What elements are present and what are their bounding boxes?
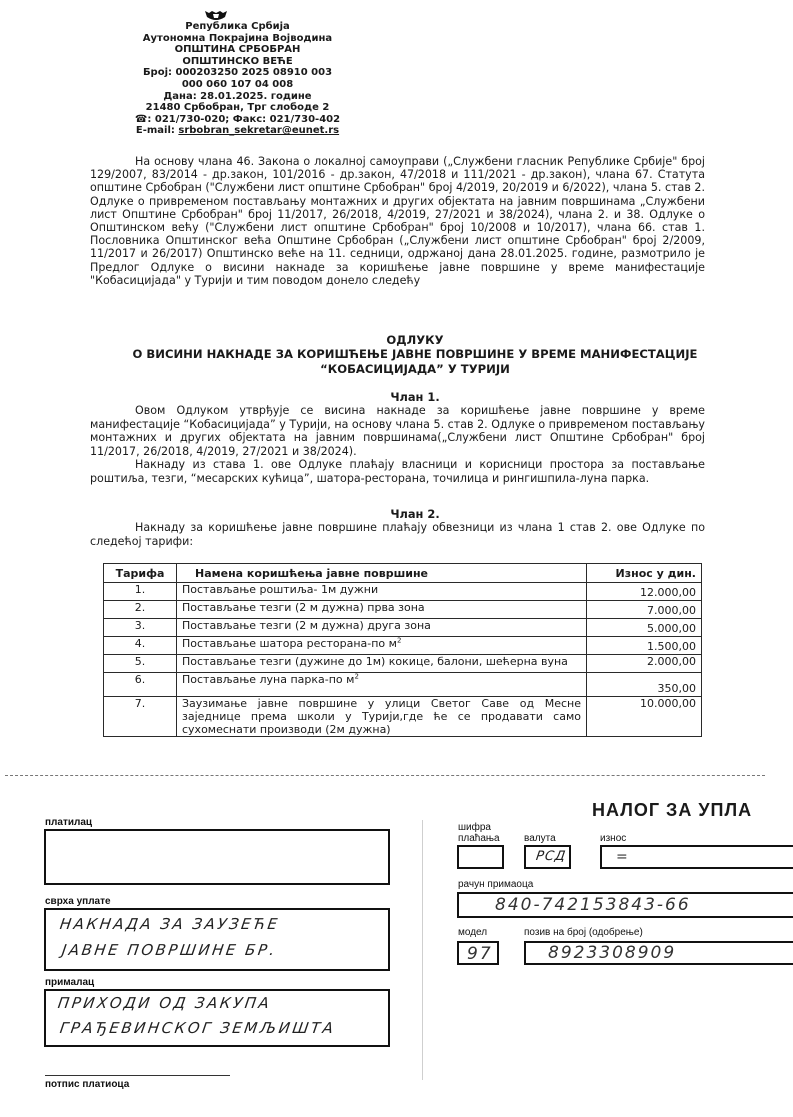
currency-label: валута <box>524 833 556 844</box>
decision-title: ОДЛУКУ О ВИСИНИ НАКНАДЕ ЗА КОРИШЋЕЊЕ ЈАВ… <box>90 333 740 376</box>
phone-fax: ☎: 021/730-020; Факс: 021/730-402 <box>110 114 365 126</box>
amount-field[interactable]: = <box>600 845 793 869</box>
model-field[interactable]: 97 <box>457 941 499 965</box>
letterhead-line: Република Србија <box>110 21 365 33</box>
signature-line[interactable] <box>45 1075 230 1076</box>
model-label: модел <box>458 927 487 938</box>
document-date: Дана: 28.01.2025. године <box>110 91 365 103</box>
address: 21480 Србобран, Трг слободе 2 <box>110 102 365 114</box>
recipient-label: прималац <box>45 977 94 988</box>
table-row: 3. Постављање тезги (2 м дужна) друга зо… <box>104 619 702 637</box>
article-1-body: Овом Одлуком утврђује се висина накнаде … <box>90 404 705 486</box>
payment-purpose-label: сврха уплате <box>45 896 111 907</box>
column-header-tariff: Тарифа <box>104 564 177 583</box>
table-row: 4. Постављање шатора ресторана-по м2 1.5… <box>104 637 702 655</box>
table-row: 7. Заузимање јавне површине у улици Свет… <box>104 697 702 737</box>
payment-code-label: шифра плаћања <box>458 822 500 844</box>
reference-label: позив на број (одобрење) <box>524 927 643 938</box>
article-2-heading: Члан 2. <box>90 507 740 521</box>
cut-line-divider <box>5 775 765 776</box>
column-header-amount: Износ у дин. <box>587 564 702 583</box>
reference-number-field[interactable]: 8923308909 <box>524 941 793 965</box>
slip-edge-line <box>422 820 423 1080</box>
document-number-2: 000 060 107 04 008 <box>110 79 365 91</box>
preamble-paragraph: На основу члана 46. Закона о локалној са… <box>90 155 705 287</box>
phone-icon: ☎ <box>135 114 147 125</box>
letterhead-line: ОПШТИНА СРБОБРАН <box>110 44 365 56</box>
recipient-account-field[interactable]: 840-742153843-66 <box>457 892 793 918</box>
signature-label: потпис платиоца <box>45 1079 129 1090</box>
recipient-account-label: рачун примаоца <box>458 879 533 890</box>
letterhead-line: Аутономна Покрајина Војводина <box>110 33 365 45</box>
document-number: Број: 000203250 2025 08910 003 <box>110 67 365 79</box>
table-header-row: Тарифа Намена коришћења јавне површине И… <box>104 564 702 583</box>
table-row: 6. Постављање луна парка-по м2 350,00 <box>104 673 702 697</box>
preamble: На основу члана 46. Закона о локалној са… <box>90 155 705 287</box>
column-header-purpose: Намена коришћења јавне површине <box>177 564 587 583</box>
payment-purpose-field[interactable]: НАКНАДА ЗА ЗАУЗЕЋЕ ЈАВНЕ ПОВРШИНЕ БР. <box>44 908 390 971</box>
slip-title: НАЛОГ ЗА УПЛА <box>592 800 752 821</box>
payer-field[interactable] <box>44 829 390 885</box>
recipient-field[interactable]: ПРИХОДИ ОД ЗАКУПА ГРАЂЕВИНСКОГ ЗЕМЉИШТА <box>44 989 390 1047</box>
currency-field[interactable]: РСД <box>524 845 571 869</box>
payment-code-field[interactable] <box>457 845 504 869</box>
article-2-body: Накнаду за коришћење јавне површине плаћ… <box>90 521 705 548</box>
payer-label: платилац <box>45 817 92 828</box>
email-line: E-mail: srbobran_sekretar@eunet.rs <box>110 125 365 137</box>
table-row: 1. Постављање роштиља- 1м дужни 12.000,0… <box>104 583 702 601</box>
email-link[interactable]: srbobran_sekretar@eunet.rs <box>178 125 339 136</box>
letterhead: Република Србија Аутономна Покрајина Вој… <box>110 21 365 137</box>
letterhead-line: ОПШТИНСКО ВЕЋЕ <box>110 56 365 68</box>
amount-label: износ <box>600 833 626 844</box>
table-row: 2. Постављање тезги (2 м дужна) прва зон… <box>104 601 702 619</box>
article-1-heading: Члан 1. <box>90 390 740 404</box>
table-row: 5. Постављање тезги (дужине до 1м) кокиц… <box>104 655 702 673</box>
tariff-table: Тарифа Намена коришћења јавне површине И… <box>103 563 702 737</box>
